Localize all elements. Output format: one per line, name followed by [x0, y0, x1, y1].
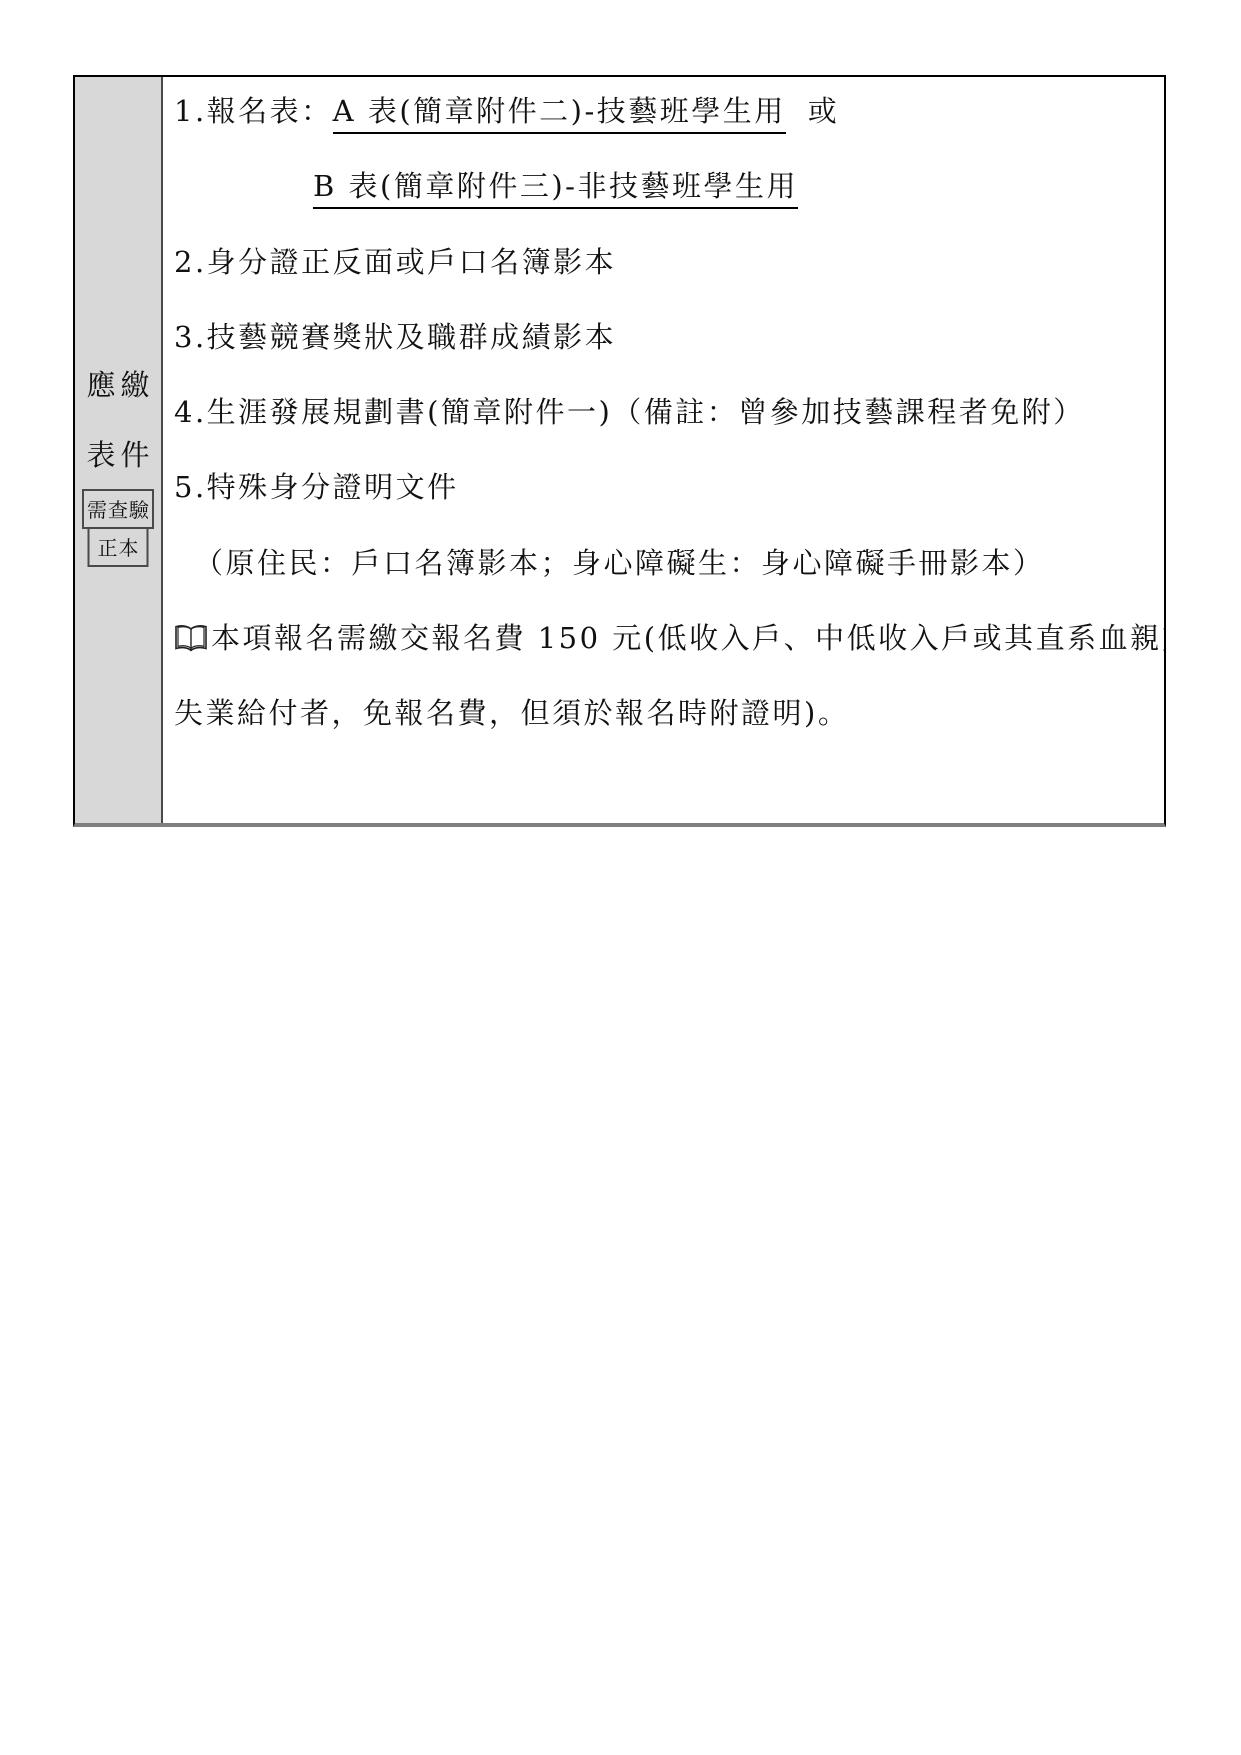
- item1-prefix: 1.報名表：: [174, 94, 333, 128]
- item1-form-b-underlined: B 表(簡章附件三)-非技藝班學生用: [313, 169, 798, 209]
- requirement-item-1b: B 表(簡章附件三)-非技藝班學生用: [174, 166, 1164, 241]
- fee-note-line1: 本項報名需繳交報名費 150 元(低收入戶、中低收入戶或其直系血親支領: [174, 618, 1164, 693]
- item1-form-a-underlined: A 表(簡章附件二)-技藝班學生用: [333, 94, 786, 134]
- table-header-cell: 應繳 表件 需查驗 正本: [75, 77, 163, 823]
- fee-note-text1: 本項報名需繳交報名費 150 元(低收入戶、中低收入戶或其直系血親支領: [211, 621, 1164, 655]
- requirement-item-3: 3.技藝競賽獎狀及職群成績影本: [174, 317, 1164, 392]
- item1-or-suffix: 或: [808, 94, 840, 128]
- requirement-item-5: 5.特殊身分證明文件: [174, 467, 1164, 542]
- requirement-item-1: 1.報名表：A 表(簡章附件二)-技藝班學生用或: [174, 91, 1164, 166]
- header-label-line1: 應繳: [75, 363, 161, 404]
- document-page: 應繳 表件 需查驗 正本 1.報名表：A 表(簡章附件二)-技藝班學生用或 B …: [0, 0, 1241, 1755]
- table-content-cell: 1.報名表：A 表(簡章附件二)-技藝班學生用或 B 表(簡章附件三)-非技藝班…: [163, 77, 1164, 823]
- header-label-line2: 表件: [75, 433, 161, 474]
- requirement-item-4: 4.生涯發展規劃書(簡章附件一)（備註：曾參加技藝課程者免附）: [174, 392, 1164, 467]
- requirements-table: 應繳 表件 需查驗 正本 1.報名表：A 表(簡章附件二)-技藝班學生用或 B …: [73, 75, 1166, 827]
- open-book-icon: [174, 623, 208, 663]
- verify-required-badge: 需查驗: [82, 489, 154, 529]
- fee-note-line2: 失業給付者，免報名費，但須於報名時附證明)。: [174, 693, 1164, 768]
- original-copy-badge: 正本: [88, 527, 149, 567]
- requirement-item-2: 2.身分證正反面或戶口名簿影本: [174, 242, 1164, 317]
- requirement-item-5-note: （原住民：戶口名簿影本；身心障礙生：身心障礙手冊影本）: [174, 543, 1164, 618]
